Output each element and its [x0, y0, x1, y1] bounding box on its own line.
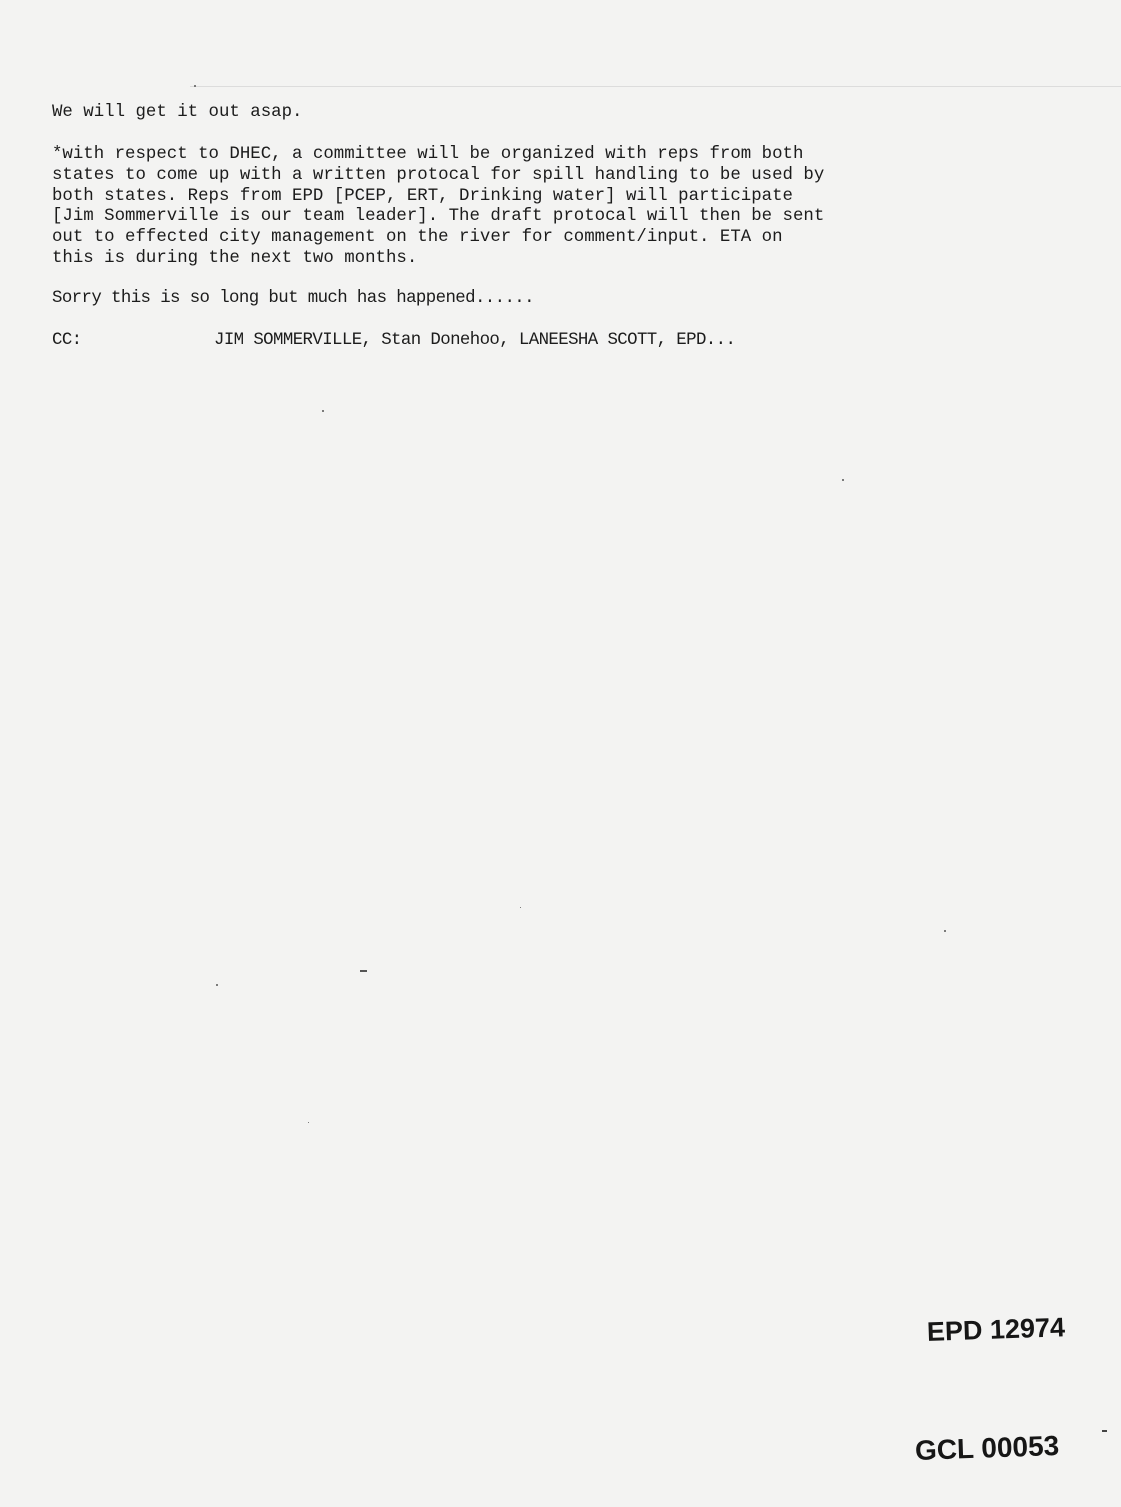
scan-speck: [360, 970, 367, 972]
scan-speck: [322, 410, 324, 412]
paragraph-asap: We will get it out asap.: [52, 103, 302, 124]
cc-line: CC: JIM SOMMERVILLE, Stan Donehoo, LANEE…: [52, 331, 91, 414]
scan-speck: [194, 85, 196, 87]
cc-recipients: JIM SOMMERVILLE, Stan Donehoo, LANEESHA …: [214, 331, 735, 352]
bates-stamp-gcl: GCL 00053: [914, 1430, 1059, 1467]
paragraph-apology: Sorry this is so long but much has happe…: [52, 289, 534, 310]
document-page: We will get it out asap. *with respect t…: [0, 0, 1121, 1507]
page-top-rule: [190, 86, 1121, 87]
scan-speck: [520, 907, 521, 908]
scan-speck: [308, 1122, 309, 1123]
paragraph-dhec-committee: *with respect to DHEC, a committee will …: [52, 145, 824, 270]
cc-label: CC:: [52, 331, 82, 352]
bates-stamp-epd: EPD 12974: [926, 1312, 1065, 1348]
scan-speck: [1102, 1430, 1107, 1432]
scan-speck: [216, 984, 218, 986]
scan-speck: [842, 479, 844, 481]
scan-speck: [944, 930, 946, 932]
